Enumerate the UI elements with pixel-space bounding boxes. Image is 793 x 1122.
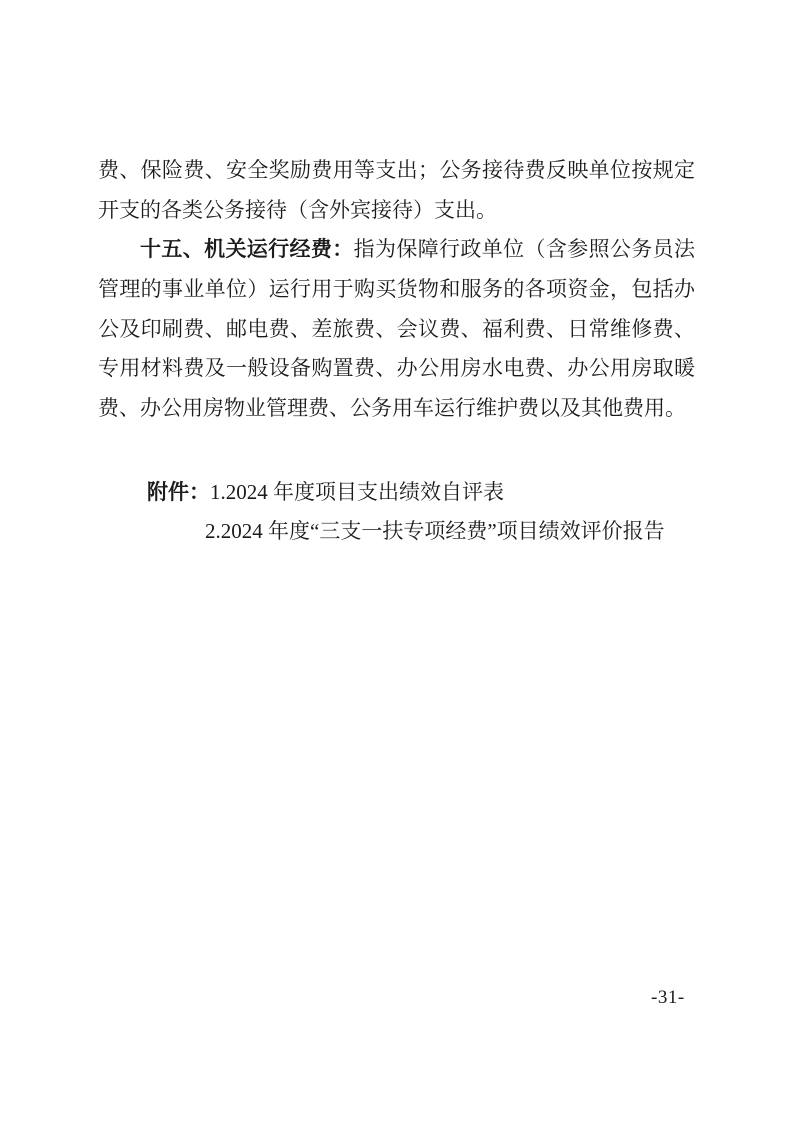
paragraph-continuation-line-2: 开支的各类公务接待（含外宾接待）支出。 [98, 191, 695, 231]
attachment-item-2: 2.2024 年度“三支一扶专项经费”项目绩效评价报告 [98, 512, 695, 552]
section-15-line-2: 管理的事业单位）运行用于购买货物和服务的各项资金，包括办 [98, 270, 695, 310]
section-15-line-4: 专用材料费及一般设备购置费、办公用房水电费、办公用房取暖 [98, 349, 695, 389]
document-page: 费、保险费、安全奖励费用等支出；公务接待费反映单位按规定 开支的各类公务接待（含… [0, 0, 793, 1122]
body-text: 费、保险费、安全奖励费用等支出；公务接待费反映单位按规定 开支的各类公务接待（含… [98, 151, 695, 552]
paragraph-continuation-line-1: 费、保险费、安全奖励费用等支出；公务接待费反映单位按规定 [98, 151, 695, 191]
page-number: -31- [651, 986, 685, 1010]
attachment-item-1: 1.2024 年度项目支出绩效自评表 [210, 480, 504, 504]
section-15-line-1-text: 指为保障行政单位（含参照公务员法 [354, 237, 695, 261]
section-15-line-3: 公及印刷费、邮电费、差旅费、会议费、福利费、日常维修费、 [98, 310, 695, 350]
attachments-line-1: 附件：1.2024 年度项目支出绩效自评表 [98, 473, 695, 513]
section-15-heading: 十五、机关运行经费： [140, 237, 354, 261]
paragraph-gap [98, 429, 695, 473]
attachments-label: 附件： [147, 480, 210, 504]
section-15-line-1: 十五、机关运行经费：指为保障行政单位（含参照公务员法 [98, 230, 695, 270]
section-15-line-5: 费、办公用房物业管理费、公务用车运行维护费以及其他费用。 [98, 389, 695, 429]
